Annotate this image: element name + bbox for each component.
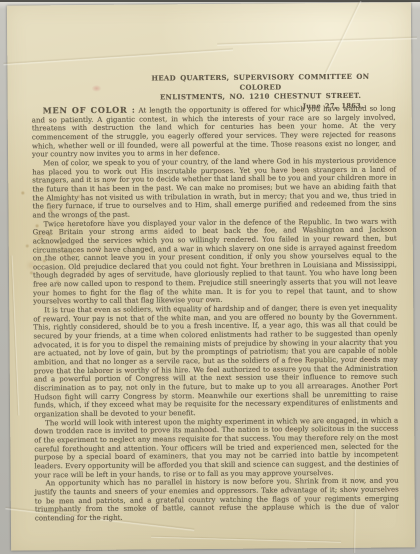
foxing-stains-soft — [7, 6, 11, 10]
paragraph-text: Twice heretofore have you displayed your… — [33, 217, 398, 306]
document-body: MEN OF COLOR : At length the opportunity… — [32, 104, 399, 523]
paragraph-text: It is true that even as soldiers, with e… — [33, 304, 398, 419]
paragraph-text: The world will look with interest upon t… — [34, 416, 398, 479]
document-paragraph-2: Men of color, we speak to you of your co… — [32, 156, 396, 219]
crease-left-edge — [10, 256, 20, 416]
paper-texture — [7, 2, 411, 5]
crease-top-left — [3, 47, 233, 66]
crease-top-right — [217, 36, 417, 47]
paragraph-text: Men of color, we speak to you of your co… — [32, 156, 396, 219]
scanned-document-background: HEAD QUARTERS, SUPERVISORY COMMITTEE ON … — [0, 0, 420, 554]
letterhead-line-1: HEAD QUARTERS, SUPERVISORY COMMITTEE ON … — [145, 73, 375, 94]
crease-bottom-center — [151, 535, 341, 543]
document-paragraph-1: MEN OF COLOR : At length the opportunity… — [32, 104, 396, 160]
document-paragraph-3: Twice heretofore have you displayed your… — [33, 217, 398, 306]
pink-stain — [91, 85, 101, 92]
document-paragraph-5: The world will look with interest upon t… — [34, 416, 398, 479]
document-paragraph-6: An opportunity which has no parallel in … — [35, 477, 399, 523]
paragraph-text: An opportunity which has no parallel in … — [35, 477, 399, 522]
salutation: MEN OF COLOR : — [43, 105, 136, 116]
document-paragraph-4: It is true that even as soldiers, with e… — [33, 304, 398, 419]
document-page: HEAD QUARTERS, SUPERVISORY COMMITTEE ON … — [7, 2, 415, 550]
crease-diagonal-top-right — [324, 0, 362, 74]
